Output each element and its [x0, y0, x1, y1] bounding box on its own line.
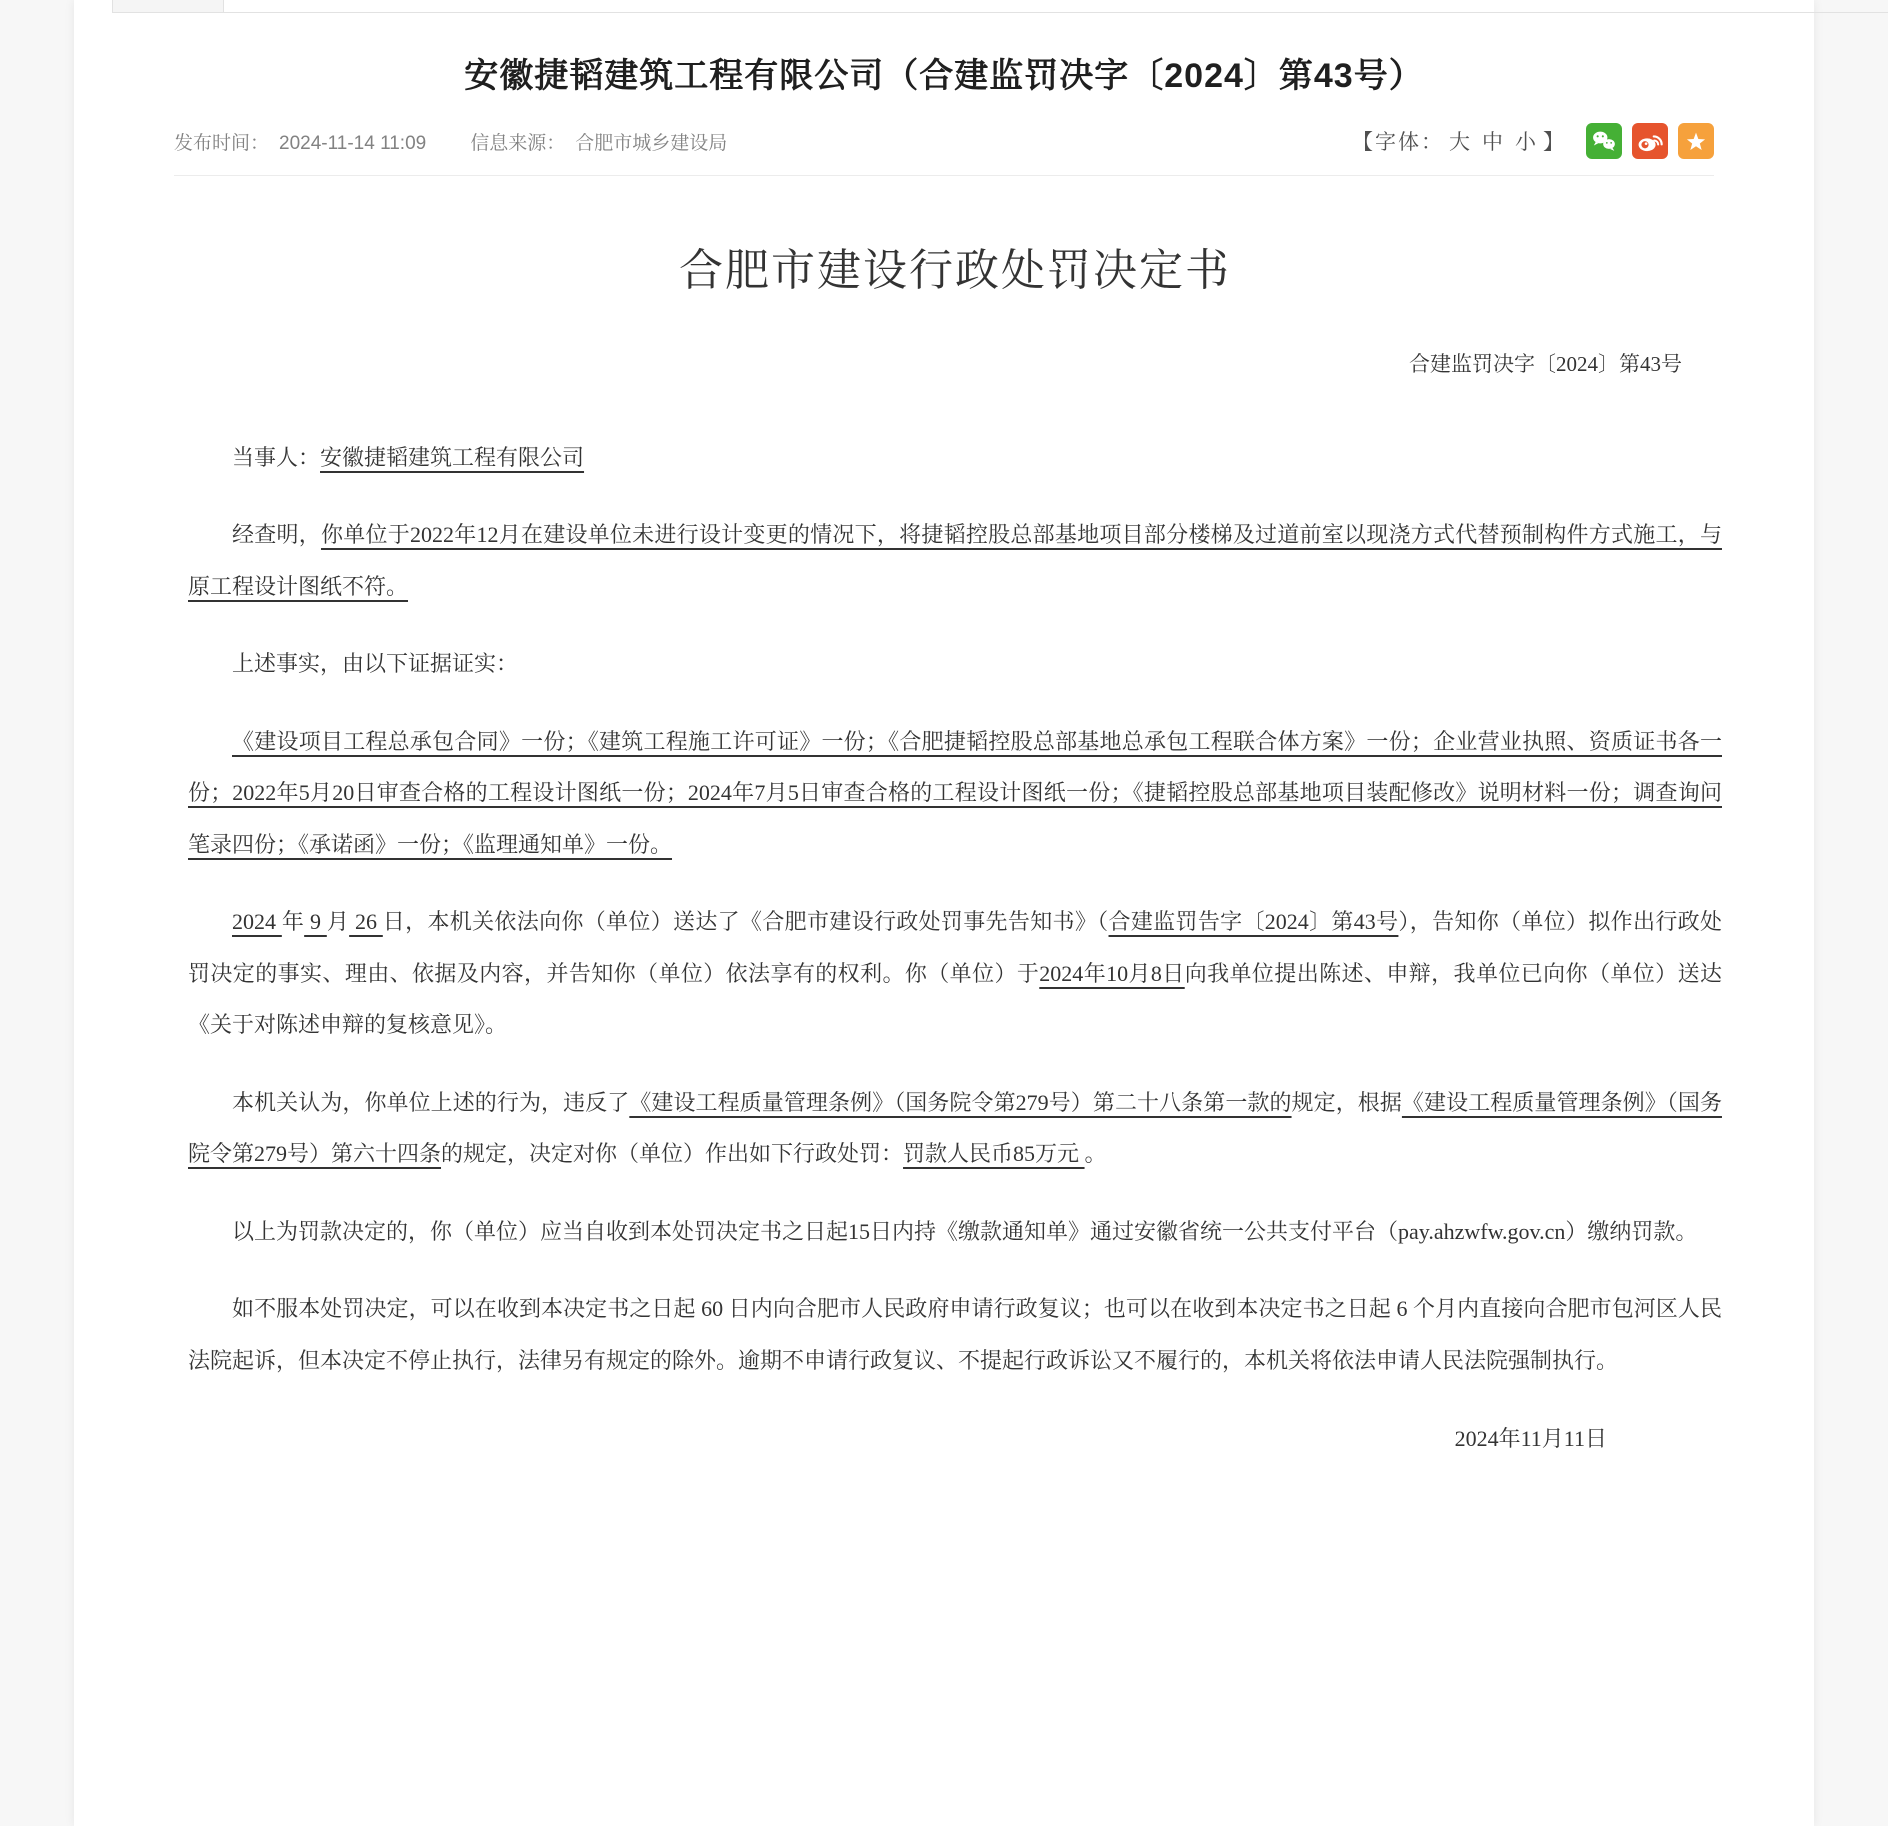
- weibo-share-icon[interactable]: [1632, 123, 1668, 159]
- source-label: 信息来源：: [470, 133, 565, 154]
- underlined-text-run: 安徽捷韬建筑工程有限公司: [320, 445, 584, 470]
- content-page: 安徽捷韬建筑工程有限公司（合建监罚决字〔2024〕第43号） 发布时间：2024…: [74, 0, 1814, 1826]
- wechat-share-icon[interactable]: [1586, 123, 1622, 159]
- meta-row: 发布时间：2024-11-14 11:09信息来源：合肥市城乡建设局 【字体：大…: [174, 123, 1714, 176]
- article-title: 安徽捷韬建筑工程有限公司（合建监罚决字〔2024〕第43号）: [74, 0, 1814, 97]
- source-value: 合肥市城乡建设局: [575, 133, 727, 154]
- share-icons: [1586, 123, 1714, 159]
- text-run: 日，本机关依法向你（单位）送达了《合肥市建设行政处罚事先告知书》（: [383, 909, 1109, 934]
- publish-time-label: 发布时间：: [174, 133, 269, 154]
- text-run: 上述事实，由以下证据证实：: [232, 651, 518, 676]
- text-run: 本机关认为，你单位上述的行为，违反了: [232, 1090, 629, 1115]
- doc-paragraph: 以上为罚款决定的，你（单位）应当自收到本处罚决定书之日起15日内持《缴款通知单》…: [188, 1206, 1722, 1257]
- top-tab-fragment[interactable]: [112, 0, 224, 13]
- top-divider-line: [224, 12, 1888, 13]
- meta-info: 发布时间：2024-11-14 11:09信息来源：合肥市城乡建设局: [174, 128, 727, 155]
- text-run: 如不服本处罚决定，可以在收到本决定书之日起 60 日内向合肥市人民政府申请行政复…: [188, 1296, 1722, 1372]
- doc-paragraph: 经查明，你单位于2022年12月在建设单位未进行设计变更的情况下，将捷韬控股总部…: [188, 509, 1722, 612]
- underlined-text-run: 罚款人民币85万元: [903, 1141, 1085, 1166]
- text-run: 当事人：: [232, 445, 320, 470]
- document-date: 2024年11月11日: [188, 1422, 1722, 1453]
- underlined-text-run: 你单位于2022年12月在建设单位未进行设计变更的情况下，将捷韬控股总部基地项目…: [188, 522, 1722, 598]
- publish-time-value: 2024-11-14 11:09: [279, 133, 426, 154]
- doc-paragraph: 如不服本处罚决定，可以在收到本决定书之日起 60 日内向合肥市人民政府申请行政复…: [188, 1283, 1722, 1386]
- doc-paragraph: 当事人：安徽捷韬建筑工程有限公司: [188, 432, 1722, 483]
- document-number: 合建监罚决字〔2024〕第43号: [188, 348, 1722, 378]
- doc-paragraph: 《建设项目工程总承包合同》一份；《建筑工程施工许可证》一份；《合肥捷韬控股总部基…: [188, 716, 1722, 870]
- underlined-text-run: 2024: [232, 909, 282, 934]
- document-title: 合肥市建设行政处罚决定书: [188, 234, 1722, 298]
- doc-paragraph: 2024 年 9 月 26 日，本机关依法向你（单位）送达了《合肥市建设行政处罚…: [188, 896, 1722, 1050]
- text-run: 以上为罚款决定的，你（单位）应当自收到本处罚决定书之日起15日内持《缴款通知单》…: [232, 1219, 1697, 1244]
- underlined-text-run: 《建设项目工程总承包合同》一份；《建筑工程施工许可证》一份；《合肥捷韬控股总部基…: [188, 729, 1722, 857]
- font-widget-suffix: 】: [1543, 131, 1566, 154]
- doc-paragraph: 本机关认为，你单位上述的行为，违反了《建设工程质量管理条例》（国务院令第279号…: [188, 1077, 1722, 1180]
- font-size-small-button[interactable]: 小: [1515, 131, 1538, 154]
- document-body: 当事人：安徽捷韬建筑工程有限公司经查明，你单位于2022年12月在建设单位未进行…: [188, 432, 1722, 1386]
- document-area: 合肥市建设行政处罚决定书 合建监罚决字〔2024〕第43号 当事人：安徽捷韬建筑…: [74, 234, 1814, 1493]
- text-run: 月: [327, 909, 349, 934]
- font-widget-prefix: 【字体：: [1352, 131, 1444, 154]
- underlined-text-run: 《建设工程质量管理条例》（国务院令第279号）第二十八条第一款的: [629, 1090, 1291, 1115]
- font-size-large-button[interactable]: 大: [1449, 131, 1472, 154]
- text-run: 经查明，: [232, 522, 321, 547]
- text-run: 年: [282, 909, 304, 934]
- underlined-text-run: 2024年10月8日: [1039, 961, 1184, 986]
- font-size-widget: 【字体：大中小】: [1352, 126, 1566, 156]
- meta-tools: 【字体：大中小】: [1352, 123, 1714, 159]
- underlined-text-run: 26: [349, 909, 383, 934]
- doc-paragraph: 上述事实，由以下证据证实：: [188, 638, 1722, 689]
- font-size-medium-button[interactable]: 中: [1482, 131, 1505, 154]
- underlined-text-run: 合建监罚告字〔2024〕第43号: [1109, 909, 1399, 934]
- text-run: 。: [1085, 1141, 1107, 1166]
- text-run: 规定，根据: [1292, 1090, 1402, 1115]
- text-run: 的规定，决定对你（单位）作出如下行政处罚：: [441, 1141, 903, 1166]
- favorite-star-icon[interactable]: [1678, 123, 1714, 159]
- underlined-text-run: 9: [304, 909, 327, 934]
